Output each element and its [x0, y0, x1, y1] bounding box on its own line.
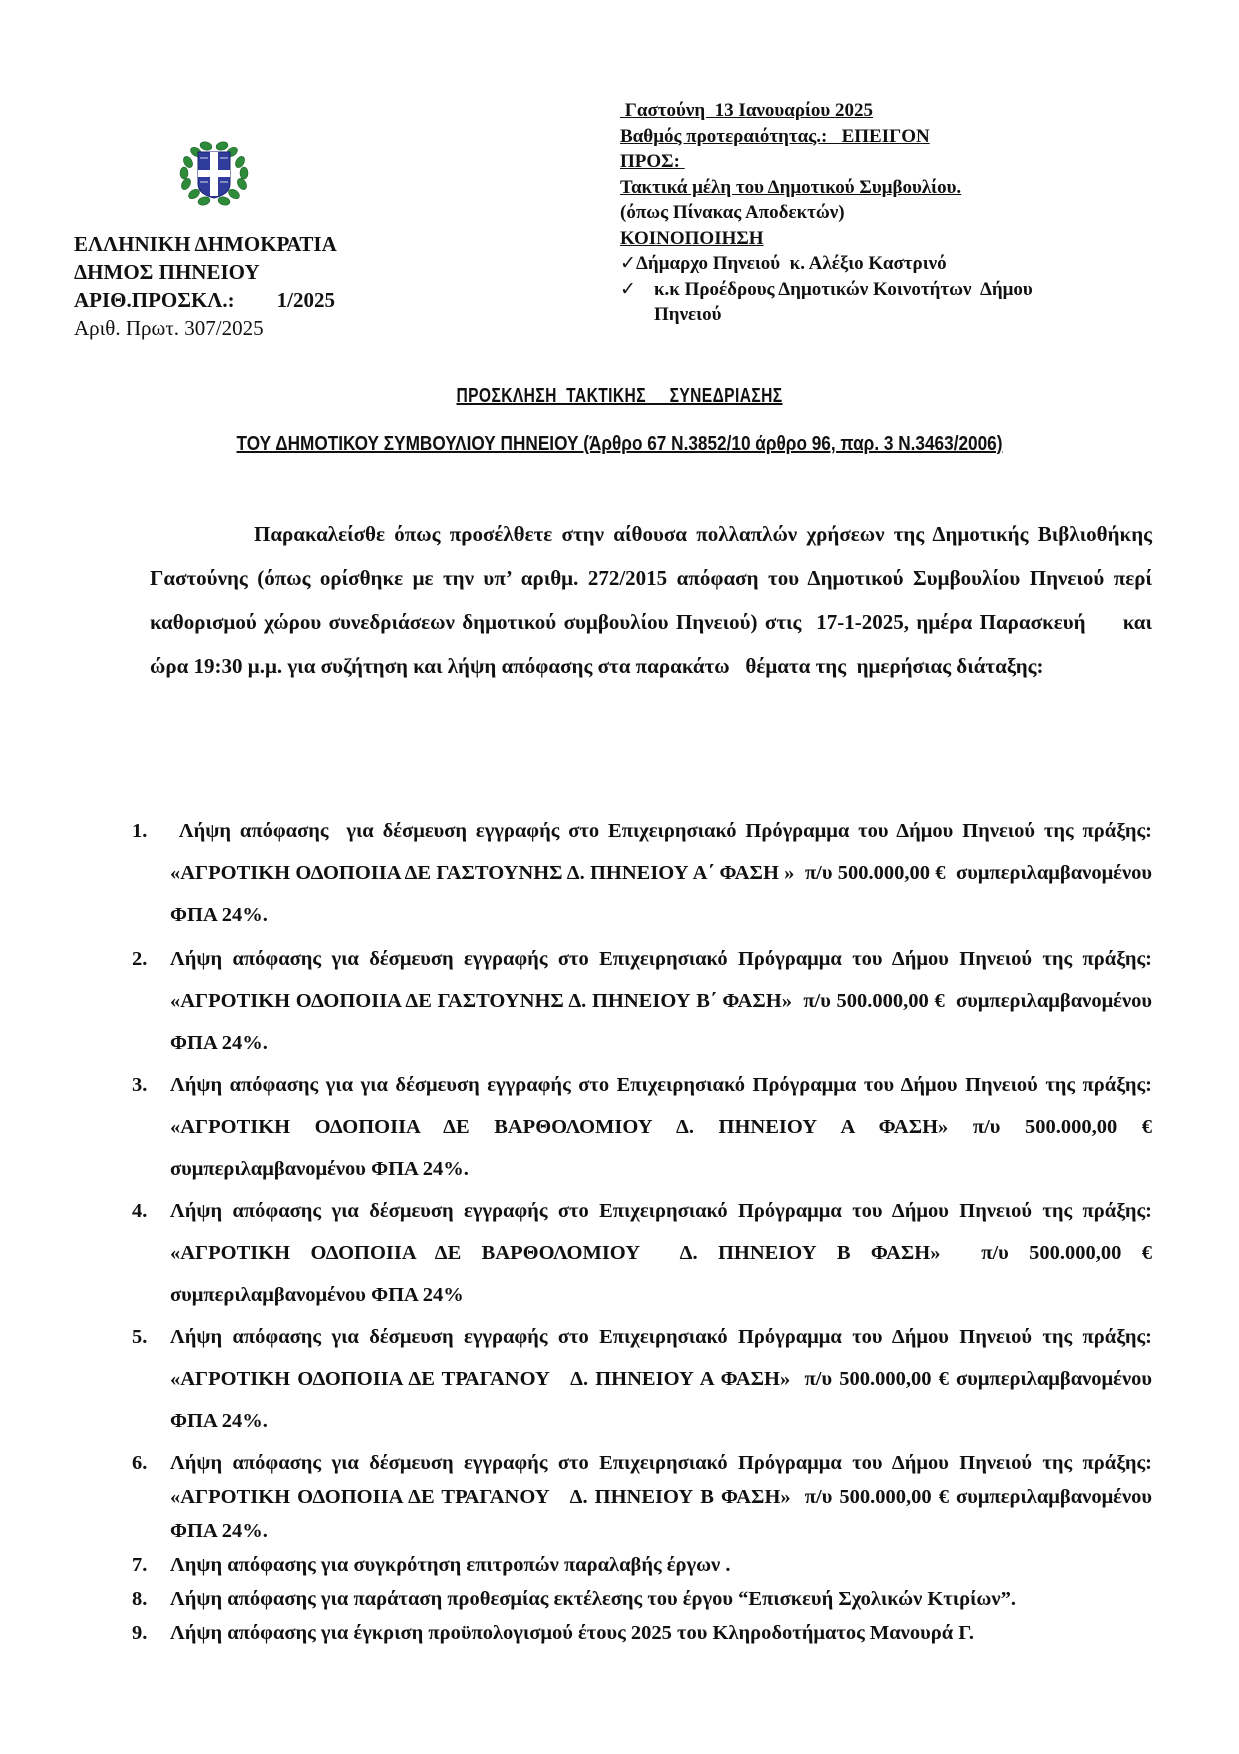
document-title: ΠΡΟΣΚΛΗΣΗ ΤΑΚΤΙΚΗΣ ΣΥΝΕΔΡΙΑΣΗΣ	[136, 385, 1102, 408]
invitation-number: 1/2025	[277, 288, 335, 312]
agenda-item: 6.Λήψη απόφασης για δέσμευση εγγραφής στ…	[132, 1446, 1152, 1548]
check-icon: ✓	[620, 277, 654, 328]
greek-coat-of-arms-icon	[176, 138, 252, 208]
agenda-item: 5.Λήψη απόφασης για δέσμευση εγγραφής στ…	[132, 1316, 1152, 1442]
agenda-item: 8.Λήψη απόφασης για παράταση προθεσμίας …	[132, 1582, 1152, 1616]
agenda-item: 3.Λήψη απόφασης για για δέσμευση εγγραφή…	[132, 1064, 1152, 1190]
municipality-name: ΔΗΜΟΣ ΠΗΝΕΙΟΥ	[74, 258, 337, 286]
recipients-block: Γαστούνη 13 Ιανουαρίου 2025 Βαθμός προτε…	[620, 98, 1060, 328]
cc-item: ✓Δήμαρχο Πηνειού κ. Αλέξιο Καστρινό	[620, 251, 1060, 277]
agenda-item: 2.Λήψη απόφασης για δέσμευση εγγραφής στ…	[132, 938, 1152, 1064]
agenda-item: 9.Λήψη απόφασης για έγκριση προϋπολογισμ…	[132, 1616, 1152, 1650]
cc-item: ✓κ.κ Προέδρους Δημοτικών Κοινοτήτων Δήμο…	[620, 277, 1060, 328]
invitation-number-line: ΑΡΙΘ.ΠΡΟΣΚΛ.:1/2025	[74, 286, 337, 314]
cc-label: ΚΟΙΝΟΠΟΙΗΣΗ	[620, 226, 1060, 252]
to-label: ΠΡΟΣ:	[620, 149, 1060, 175]
agenda-list: 1. Λήψη απόφασης για δέσμευση εγγραφής σ…	[132, 810, 1152, 1650]
agenda-item: 7.Ληψη απόφασης για συγκρότηση επιτροπών…	[132, 1548, 1152, 1582]
country-name: ΕΛΛΗΝΙΚΗ ΔΗΜΟΚΡΑΤΙΑ	[74, 230, 337, 258]
agenda-item: 1. Λήψη απόφασης για δέσμευση εγγραφής σ…	[132, 810, 1152, 936]
check-icon: ✓	[620, 251, 636, 277]
agenda-item: 4.Λήψη απόφασης για δέσμευση εγγραφής στ…	[132, 1190, 1152, 1316]
priority-level: Βαθμός προτεραιότητας.: ΕΠΕΙΓΟΝ	[620, 124, 1060, 150]
document-subtitle: ΤΟΥ ΔΗΜΟΤΙΚΟΥ ΣΥΜΒΟΥΛΙΟΥ ΠΗΝΕΙΟΥ (Άρθρο …	[87, 430, 1153, 458]
intro-paragraph: Παρακαλείσθε όπως προσέλθετε στην αίθουσ…	[150, 512, 1152, 688]
document-date: Γαστούνη 13 Ιανουαρίου 2025	[620, 98, 1060, 124]
issuer-block: ΕΛΛΗΝΙΚΗ ΔΗΜΟΚΡΑΤΙΑ ΔΗΜΟΣ ΠΗΝΕΙΟΥ ΑΡΙΘ.Π…	[74, 230, 337, 342]
to-recipients: Τακτικά μέλη του Δημοτικού Συμβουλίου.	[620, 175, 1060, 201]
protocol-number: Αριθ. Πρωτ. 307/2025	[74, 314, 337, 342]
to-note: (όπως Πίνακας Αποδεκτών)	[620, 200, 1060, 226]
invitation-label: ΑΡΙΘ.ΠΡΟΣΚΛ.:	[74, 288, 235, 312]
